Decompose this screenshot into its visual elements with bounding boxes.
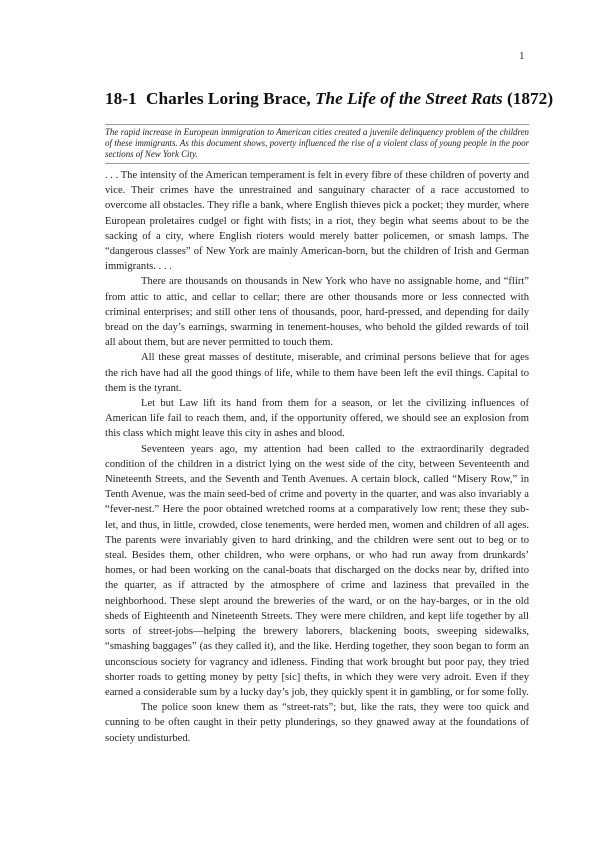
paragraph: There are thousands on thousands in New … [105,274,529,350]
work-title: The Life of the Street Rats [315,89,503,108]
document-title: 18-1 Charles Loring Brace, The Life of t… [105,89,545,109]
intro-headnote: The rapid increase in European immigrati… [105,124,529,164]
paragraph: All these great masses of destitute, mis… [105,350,529,396]
author-name: Charles Loring Brace, [146,89,311,108]
paragraph: Let but Law lift its hand from them for … [105,396,529,442]
paragraph: The police soon knew them as “street-rat… [105,700,529,746]
paragraph: . . . The intensity of the American temp… [105,168,529,274]
section-number: 18-1 [105,89,137,108]
publication-year: (1872) [507,89,553,108]
document-body: . . . The intensity of the American temp… [105,168,529,746]
paragraph: Seventeen years ago, my attention had be… [105,442,529,700]
page-number: 1 [519,50,525,62]
